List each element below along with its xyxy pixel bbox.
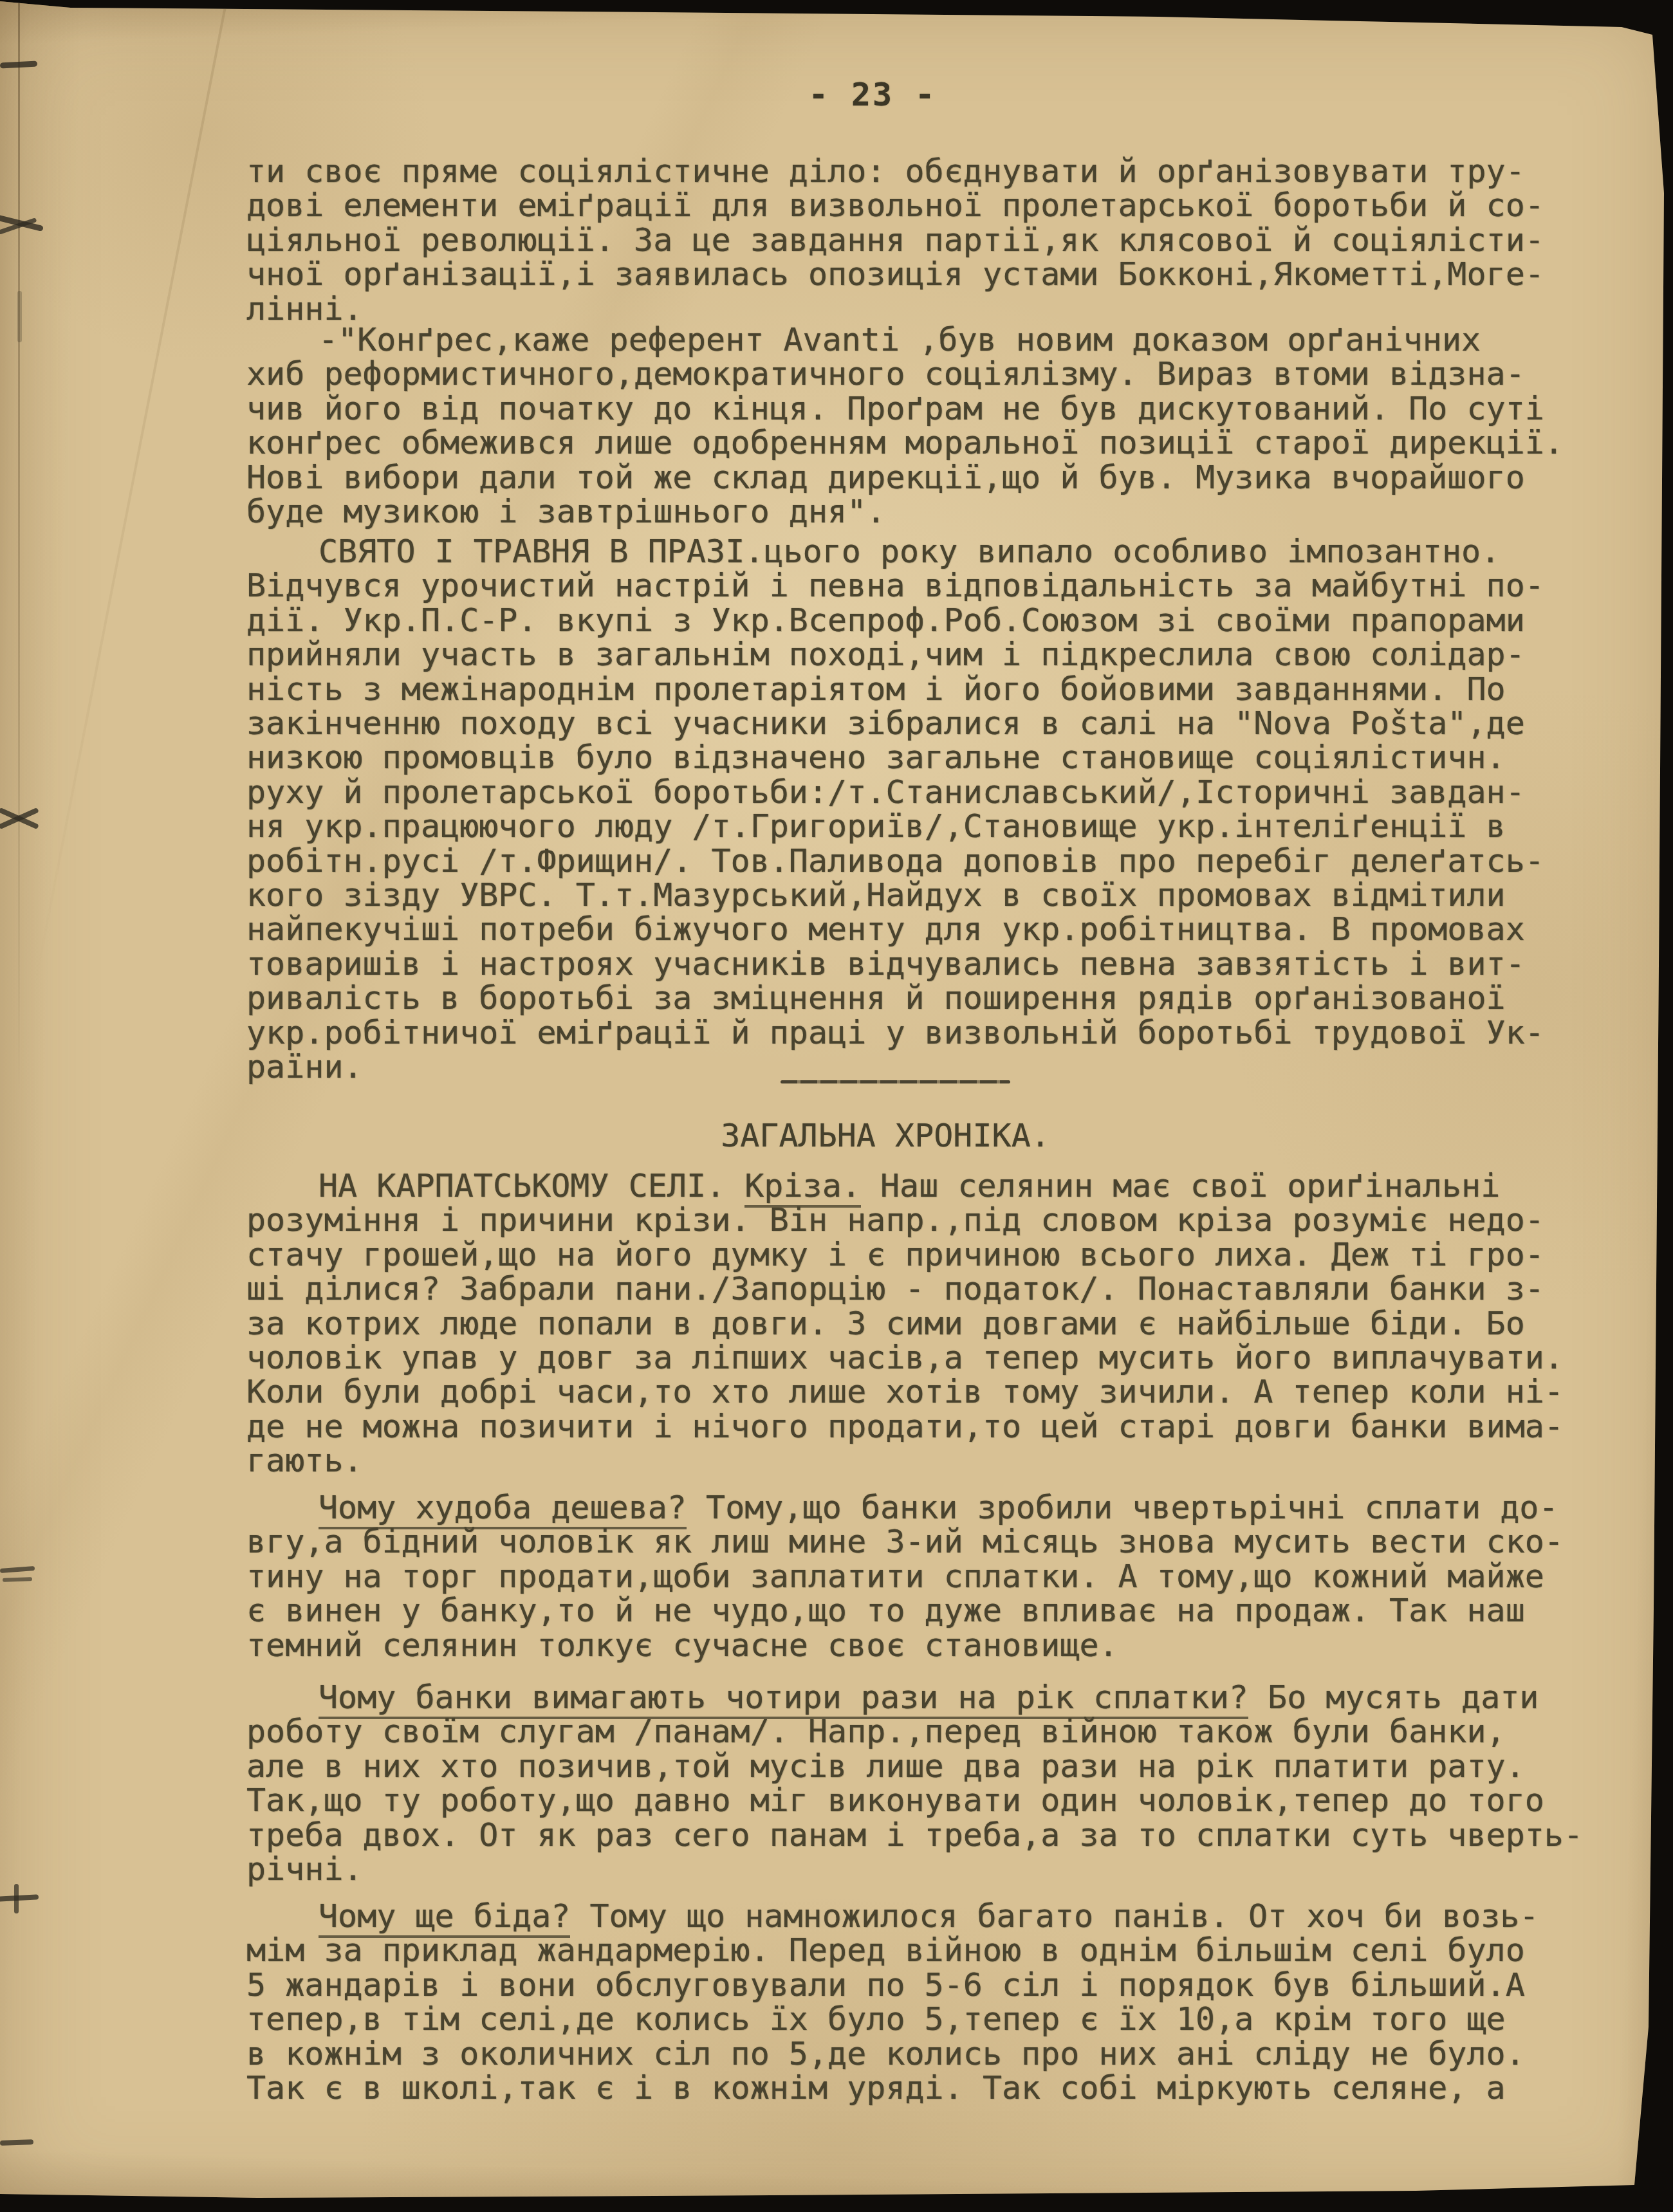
paragraph-lead: НА КАРПАТСЬКОМУ СЕЛІ.: [319, 1167, 744, 1204]
paragraph: Чому ще біда? Тому що намножилося багато…: [246, 1899, 1636, 2105]
paragraph-text: ти своє пряме соціялістичне діло: обєдну…: [246, 152, 1544, 327]
ink-mark: [0, 1894, 39, 1901]
document-scan: - 23 - ти своє пряме соціялістичне діло:…: [0, 0, 1673, 2212]
page-number: - 23 -: [737, 76, 1008, 113]
paragraph: НА КАРПАТСЬКОМУ СЕЛІ. Кріза. Наш селянин…: [246, 1169, 1636, 1479]
ink-mark: [0, 1566, 35, 1573]
crease-line: [18, 0, 20, 1094]
paragraph: Чому банки вимагають чотири рази на рік …: [246, 1681, 1636, 1886]
paragraph-text: СВЯТО І ТРАВНЯ В ПРАЗІ.цього року випало…: [246, 533, 1544, 1085]
paragraph: СВЯТО І ТРАВНЯ В ПРАЗІ.цього року випало…: [246, 535, 1636, 1085]
paragraph: -"Конґрес,каже референт Avanti ,був нови…: [246, 323, 1636, 529]
section-divider: [781, 1080, 1010, 1083]
ink-mark: [17, 291, 22, 342]
paragraph: ти своє пряме соціялістичне діло: обєдну…: [246, 154, 1636, 326]
ink-mark: [3, 1577, 32, 1582]
section-header: ЗАГАЛЬНА ХРОНІКА.: [193, 1117, 1578, 1154]
paragraph-text: Наш селянин має свої ориґінальні розумін…: [246, 1167, 1564, 1479]
crease-line: [33, 0, 229, 991]
ink-mark: [0, 2139, 33, 2146]
ink-mark: [0, 60, 37, 68]
ink-mark: [14, 1884, 19, 1913]
paragraph-text: -"Конґрес,каже референт Avanti ,був нови…: [246, 321, 1564, 530]
paragraph: Чому худоба дешева? Тому,що банки зробил…: [246, 1491, 1636, 1663]
scanned-page: - 23 - ти своє пряме соціялістичне діло:…: [0, 0, 1673, 2212]
